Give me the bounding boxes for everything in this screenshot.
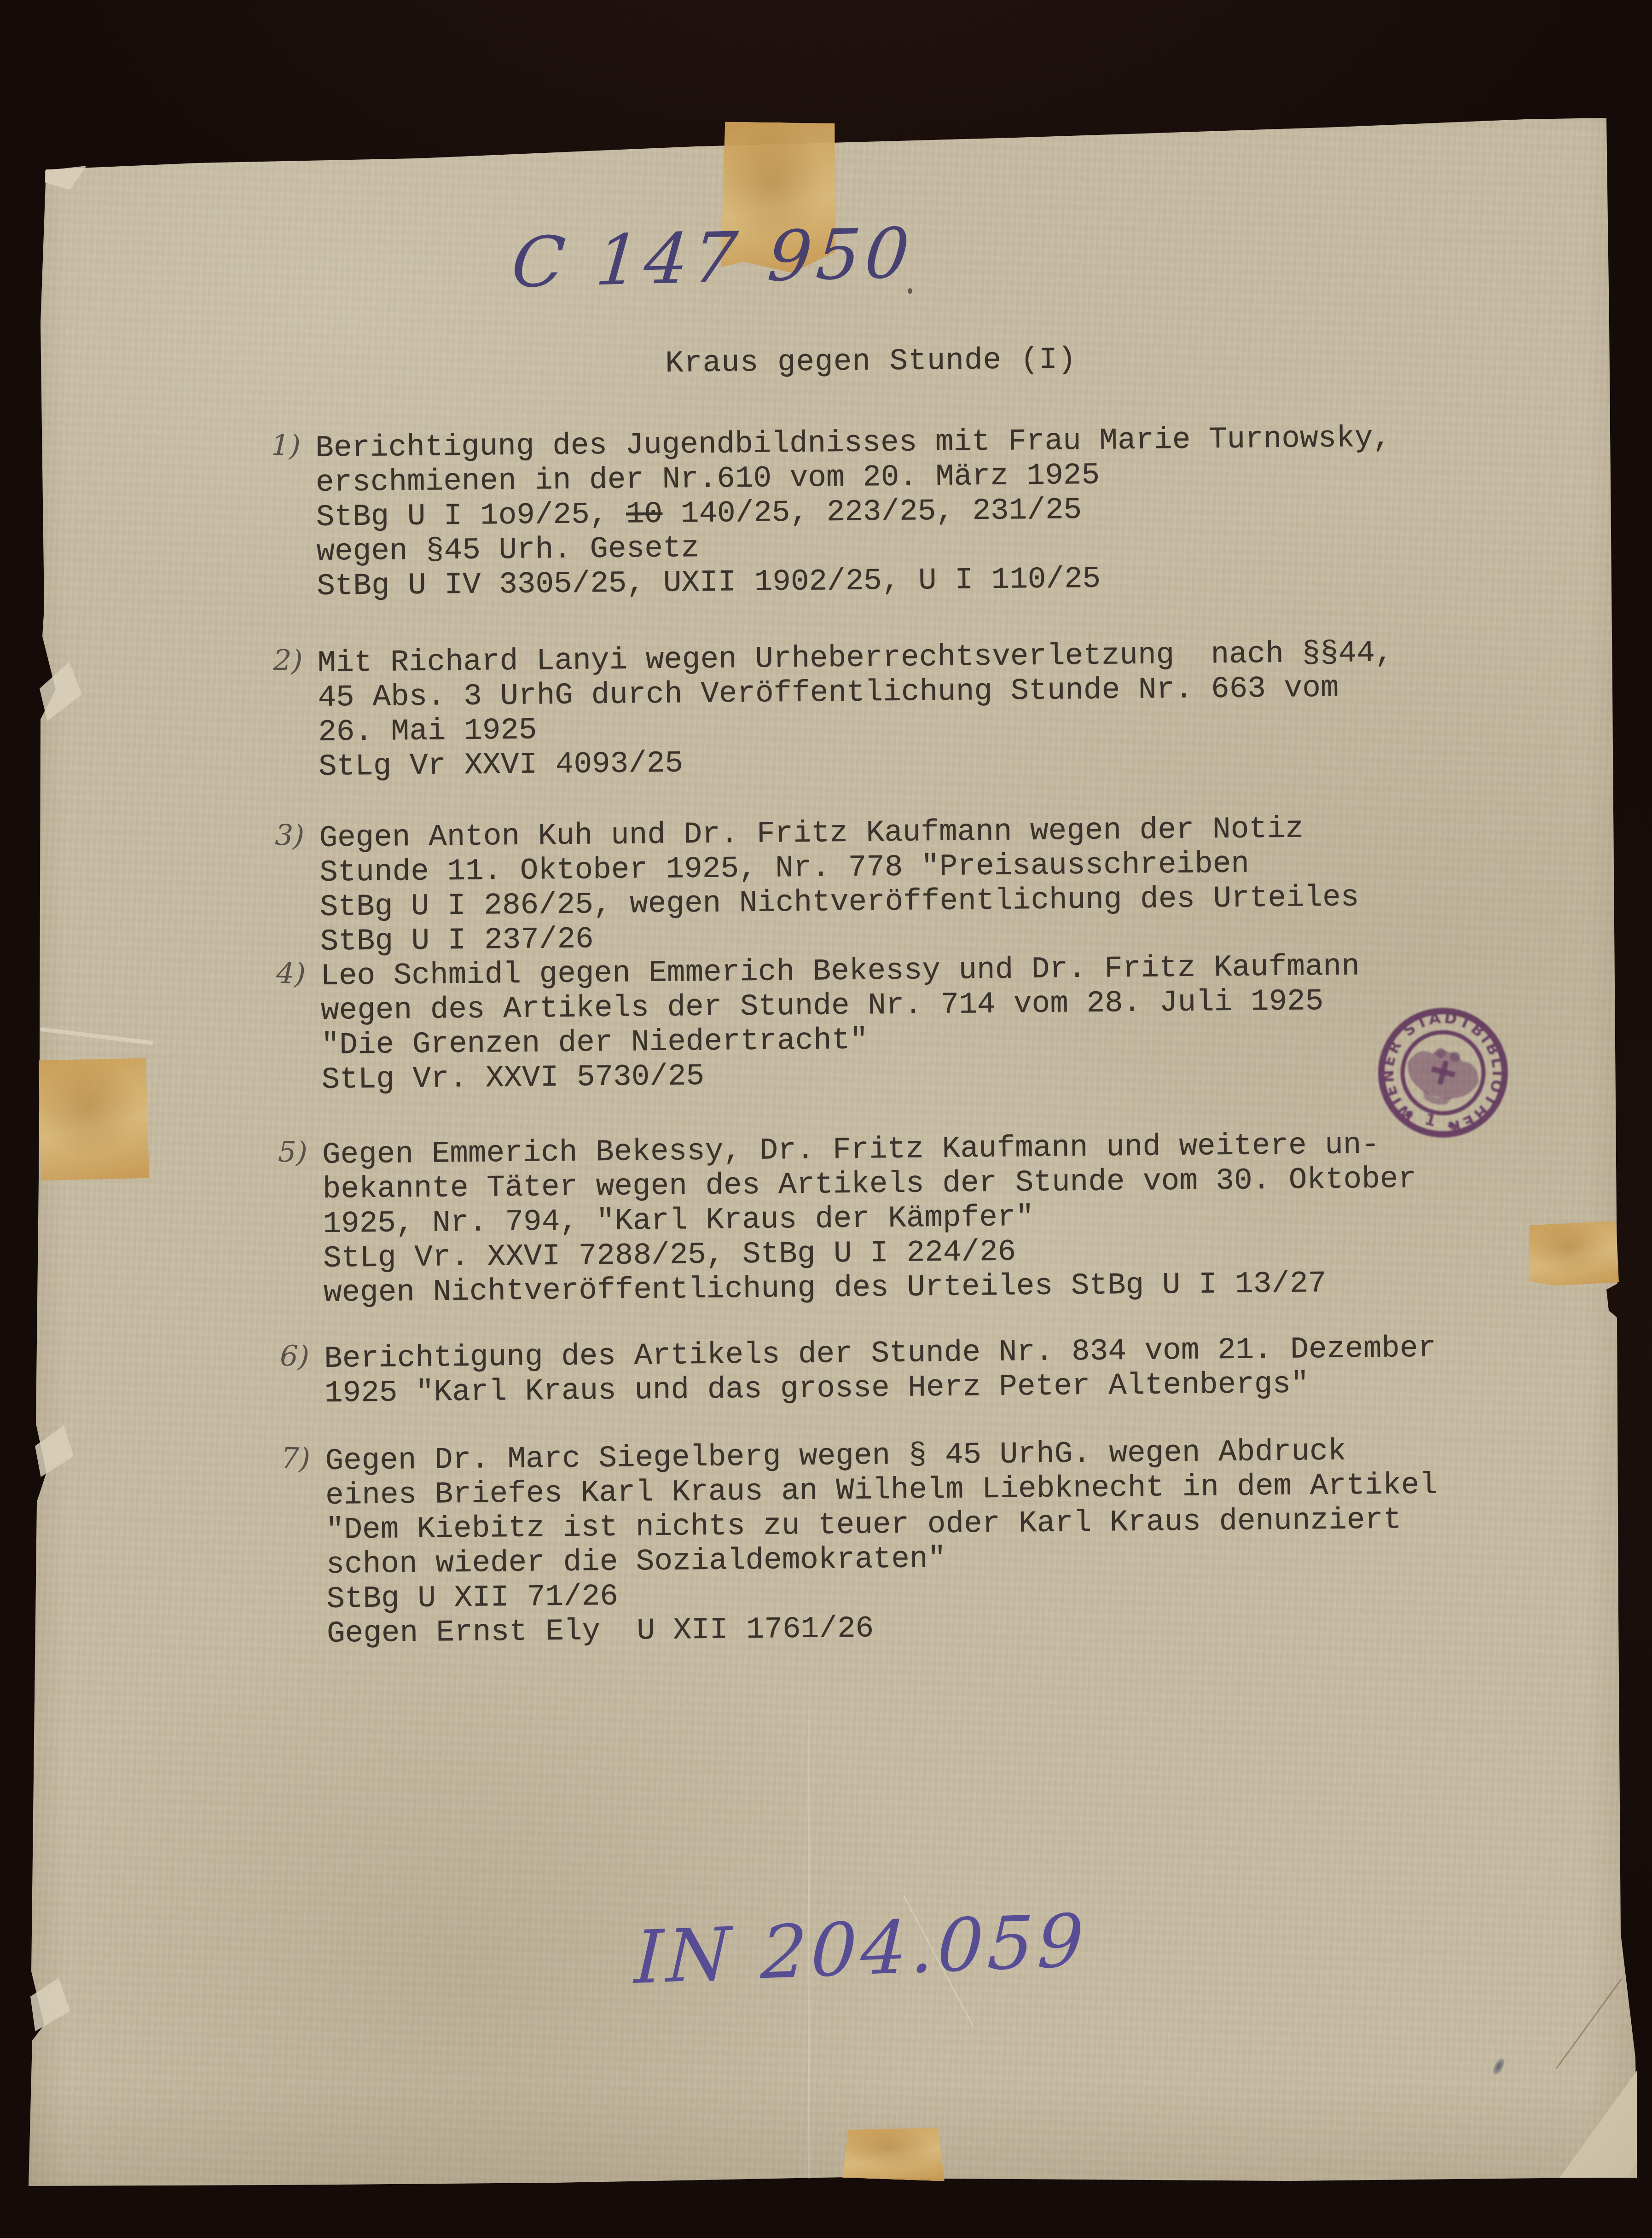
case-item: 2)Mit Richard Lanyi wegen Urheberrechtsv… <box>317 634 1561 784</box>
tape-bottom <box>842 2124 946 2181</box>
stamp-bottom-number: 1 <box>1423 1110 1438 1131</box>
item-number: 6) <box>279 1339 309 1373</box>
item-number: 4) <box>276 956 306 991</box>
scan-background: C 147 950 IN 204.059 Kraus gegen Stunde … <box>0 0 1652 2238</box>
item-number: 3) <box>275 818 305 853</box>
case-item: 1)Berichtigung des Jugendbildnisses mit … <box>315 419 1559 604</box>
case-item: 3)Gegen Anton Kuh und Dr. Fritz Kaufmann… <box>319 809 1563 959</box>
catalog-number-handwritten: C 147 950 <box>509 213 917 303</box>
case-item: 5)Gegen Emmerich Bekessy, Dr. Fritz Kauf… <box>322 1126 1566 1310</box>
item-number: 1) <box>271 428 301 463</box>
page-title: Kraus gegen Stunde (I) <box>665 342 1077 381</box>
item-number: 7) <box>281 1441 311 1476</box>
struck-text: 10 <box>626 497 663 532</box>
tape-left <box>39 1058 149 1180</box>
case-item: 7)Gegen Dr. Marc Siegelberg wegen § 45 U… <box>325 1432 1570 1651</box>
inventory-number-handwritten: IN 204.059 <box>633 1898 1088 2000</box>
case-item: 6)Berichtigung des Artikels der Stunde N… <box>324 1330 1567 1411</box>
library-stamp: WIENER STADTBIBLIOTHEK ◆ 1 ◆ <box>1374 1004 1512 1142</box>
item-number: 2) <box>273 643 303 678</box>
ink-speck <box>908 288 912 294</box>
item-number: 5) <box>278 1135 307 1169</box>
